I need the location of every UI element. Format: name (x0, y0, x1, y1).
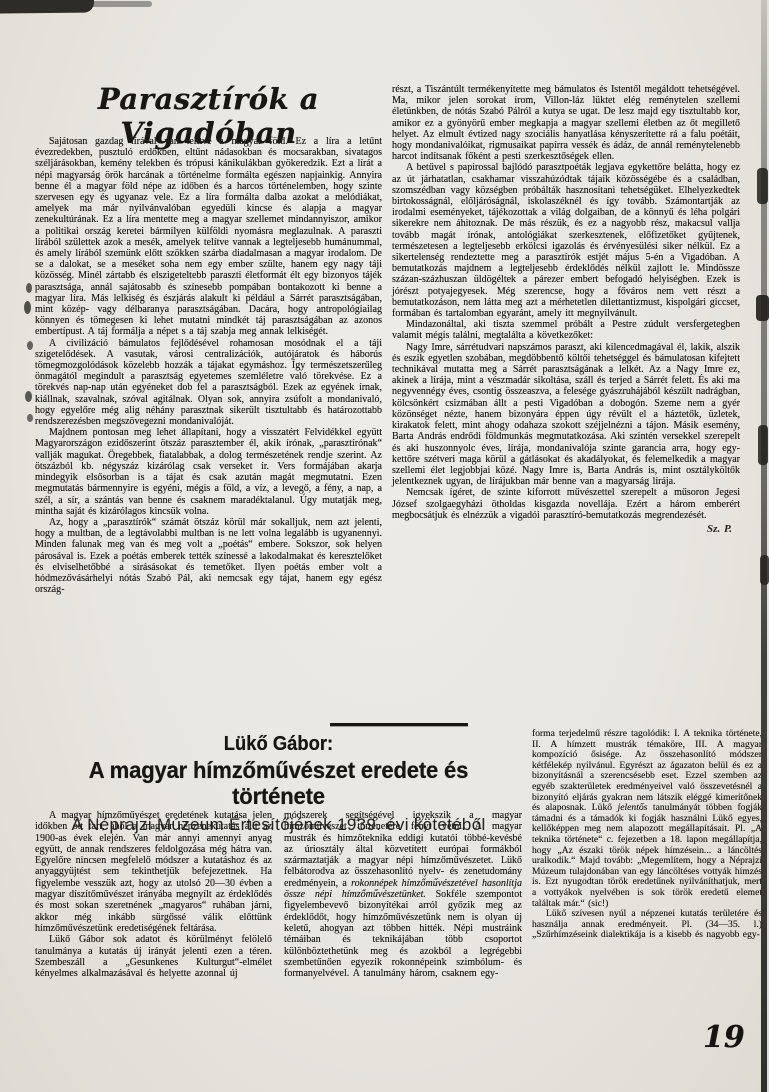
article1-signature: Sz. P. (392, 524, 732, 535)
scan-ink-blob (756, 295, 769, 321)
page-number: 19 (703, 1020, 745, 1055)
article2-column-3: forma terjedelmű részre tagolódik: I. A … (532, 729, 762, 941)
journal-page: Parasztírók a Vigadóban Sajátosan gazdag… (0, 0, 769, 1092)
scan-ink-blob (757, 168, 768, 204)
paragraph: forma terjedelmű részre tagolódik: I. A … (532, 729, 762, 909)
paragraph: Sajátosan gazdag lírával van telítve a m… (35, 136, 382, 338)
scan-ink-speck (27, 414, 33, 422)
scan-ink-speck (27, 341, 33, 350)
scan-ink-blob (758, 425, 768, 465)
paragraph: A magyar hímzőművészet eredetének kutatá… (35, 810, 272, 934)
paragraph: Az, hogy a „parasztírók“ számát ötszáz k… (35, 517, 382, 595)
scan-smudge-top-left (0, 0, 94, 14)
paragraph: Lükő szívesen nyúl a népzenei kutatás te… (532, 909, 762, 941)
paragraph: Lükő Gábor sok adatot és körülményt felö… (35, 934, 272, 979)
article1-left-column: Sajátosan gazdag lírával van telítve a m… (35, 136, 382, 595)
paragraph: Nagy Imre, sárrétudvari napszámos parasz… (392, 342, 740, 488)
article2-column-1: A magyar hímzőművészet eredetének kutatá… (35, 810, 272, 979)
scan-smudge-top-left-2 (88, 1, 152, 7)
scan-ink-speck (26, 283, 32, 293)
paragraph: Majdnem pontosan meg lehet állapítani, h… (35, 427, 382, 517)
paragraph: A betűvel s papirossal bajlódó parasztpo… (392, 162, 740, 319)
scan-ink-speck (25, 391, 32, 402)
paragraph: Nemcsak ígéret, de szinte kiforrott művé… (392, 487, 740, 521)
scan-ink-speck (24, 301, 31, 314)
article2-title: A magyar hímzőművészet eredete és történ… (45, 757, 513, 809)
section-divider-rule (330, 723, 468, 726)
article1-right-column-text: részt, a Tiszántúlt termékenyítette meg … (392, 84, 740, 521)
article2-author: Lükő Gábor: (224, 733, 333, 755)
article2-column-2: módszerek segítségével igyekszik a magya… (284, 810, 522, 979)
paragraph: A civilizáció bámulatos fejlődésével roh… (35, 338, 382, 428)
paragraph: részt, a Tiszántúlt termékenyítette meg … (392, 84, 740, 162)
paragraph: Mindazonáltal, aki tiszta szemmel próbál… (392, 319, 740, 341)
scan-ink-blob (760, 555, 769, 585)
paragraph: módszerek segítségével igyekszik a magya… (284, 810, 522, 979)
article1-right-column: részt, a Tiszántúlt termékenyítette meg … (392, 84, 740, 535)
